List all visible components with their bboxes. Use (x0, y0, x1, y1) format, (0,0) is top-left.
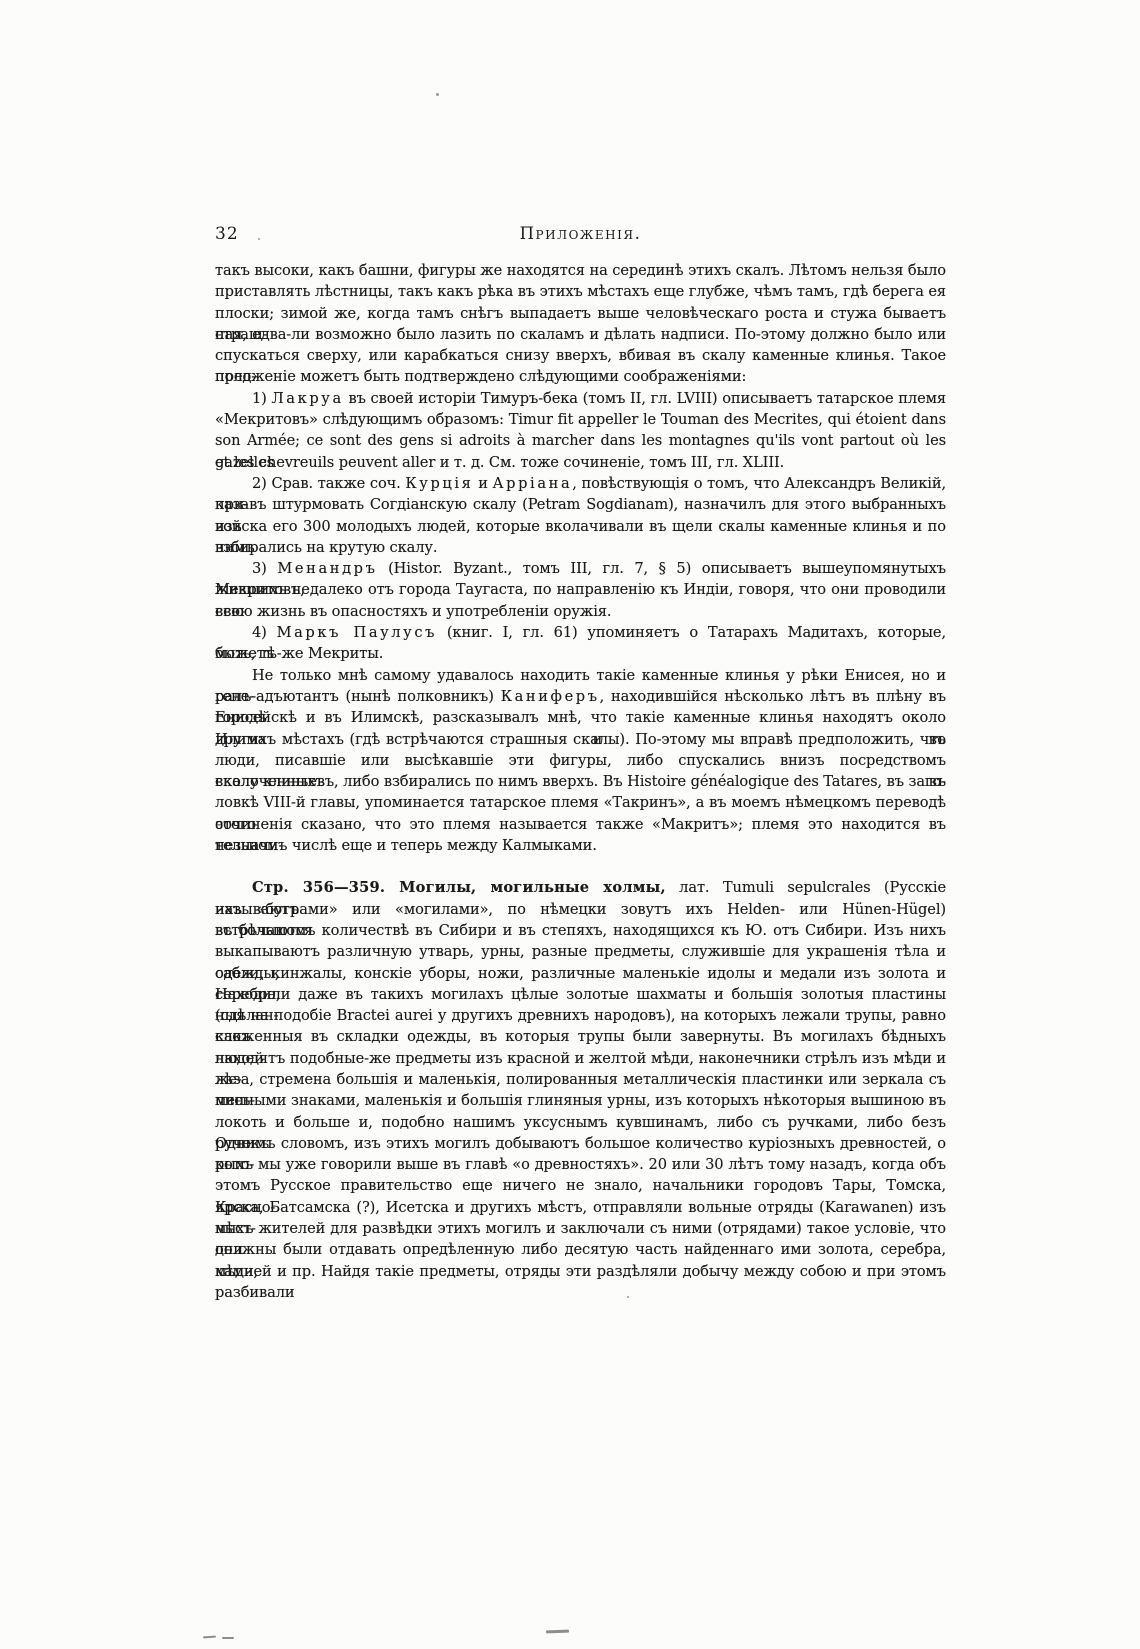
text-line: рыхъ мы уже говорили выше въ главѣ «о др… (215, 1154, 946, 1175)
body-text: такъ высоки, какъ башни, фигуры же наход… (215, 262, 946, 279)
text-line: ныхъ жителей для развѣдки этихъ могилъ и… (215, 1218, 946, 1239)
body-text: быть, тѣ-же Мекриты. (215, 645, 383, 662)
page-number: 32 (215, 224, 239, 244)
body-text: 3) (252, 560, 277, 577)
list-item-4: 4) Маркъ Паулусъ (книг. I, гл. 61) упоми… (215, 622, 946, 665)
text-line: 3) Менандръ (Histor. Byzant., томъ III, … (215, 558, 946, 579)
text-line: сочиненія сказано, что это племя называе… (215, 814, 946, 835)
text-line: этомъ Русское правительство еще ничего н… (215, 1175, 946, 1196)
spaced-name: Курція (405, 475, 473, 492)
body-text: тельномъ числѣ еще и теперь между Калмык… (215, 837, 597, 854)
body-text: положеніе можетъ быть подтверждено слѣду… (215, 368, 746, 385)
text-line: ралъ-адъютантъ (нынѣ полковникъ) Канифер… (215, 686, 946, 707)
text-line: Находили даже въ такихъ могилахъ цѣлые з… (215, 984, 946, 1005)
text-line: приставлять лѣстницы, такъ какъ рѣка въ … (215, 281, 946, 302)
text-line: 4) Маркъ Паулусъ (книг. I, гл. 61) упоми… (215, 622, 946, 643)
text-line: сабли, кинжалы, конскіе уборы, ножи, раз… (215, 963, 946, 984)
text-line: 2) Срав. также соч. Курція и Арріана, по… (215, 473, 946, 494)
scan-mark-dash (222, 1637, 234, 1639)
text-line: такъ высоки, какъ башни, фигуры же наход… (215, 260, 946, 281)
para-tumuli: Стр. 356—359. Могилы, могильные холмы, л… (215, 877, 946, 1282)
para-continuation: такъ высоки, какъ башни, фигуры же наход… (215, 260, 946, 388)
text-line: свою жизнь въ опасностяхъ и употребленіи… (215, 601, 946, 622)
text-line: ярска, Батсамска (?), Исетска и другихъ … (215, 1197, 946, 1218)
text-line: должны были отдавать опредѣленную либо д… (215, 1239, 946, 1260)
text-line: Не только мнѣ самому удавалось находить … (215, 665, 946, 686)
text-line: 1) Лакруа въ своей исторіи Тимуръ-бека (… (215, 388, 946, 409)
body-text: камней и пр. Найдя такіе предметы, отряд… (215, 1263, 946, 1301)
text-line: сложенныя въ складки одежды, въ которыя … (215, 1026, 946, 1047)
text-line: «Мекритовъ» слѣдующимъ образомъ: Timur f… (215, 409, 946, 430)
text-line: Стр. 356—359. Могилы, могильные холмы, л… (215, 877, 946, 898)
body-text: въ большомъ количествѣ въ Сибири и въ ст… (215, 922, 946, 939)
text-line: спускаться сверху, или карабкаться снизу… (215, 345, 946, 366)
text-line: находятъ подобные-же предметы изъ красно… (215, 1048, 946, 1069)
body-text: 1) (252, 390, 272, 407)
text-line: войска его 300 молодыхъ людей, которые в… (215, 516, 946, 537)
text-line: казавъ штурмовать Согдіанскую скалу (Pet… (215, 494, 946, 515)
text-line: локоть и больше и, подобно нашимъ уксусн… (215, 1112, 946, 1133)
body-text: свою жизнь въ опасностяхъ и употребленіи… (215, 603, 611, 620)
list-item-3: 3) Менандръ (Histor. Byzant., томъ III, … (215, 558, 946, 622)
page-header: 32 Приложенія. (215, 224, 946, 248)
body-text: 4) (252, 624, 277, 641)
text-line: ихъ «буграми» или «могилами», по нѣмецки… (215, 899, 946, 920)
text-line: быть, тѣ-же Мекриты. (215, 643, 946, 664)
body-text: ралъ-адъютантъ (нынѣ полковникъ) (215, 688, 501, 705)
scanned-page: 32 Приложенія. такъ высоки, какъ башни, … (0, 0, 1140, 1649)
text-line: выкапываютъ различную утварь, урны, разн… (215, 941, 946, 962)
text-line: взбирались на крутую скалу. (215, 537, 946, 558)
body-text: другихъ мѣстахъ (гдѣ встрѣчаются страшны… (215, 731, 946, 748)
spaced-name: Менандръ (277, 560, 377, 577)
list-item-2: 2) Срав. также соч. Курція и Арріана, по… (215, 473, 946, 558)
running-header: Приложенія. (215, 224, 946, 243)
text-line: менными знаками, маленькія и большія гли… (215, 1090, 946, 1111)
text-line: Однимъ словомъ, изъ этихъ могилъ добываю… (215, 1133, 946, 1154)
text-line: son Armée; ce sont des gens si adroits à… (215, 430, 946, 451)
text-line: скалу клиньевъ, либо взбирались по нимъ … (215, 771, 946, 792)
body-text: и (474, 475, 493, 492)
body-text: взбирались на крутую скалу. (215, 539, 437, 556)
scan-mark-dash (203, 1636, 216, 1639)
text-line: ловкѣ VIII-й главы, упоминается татарско… (215, 792, 946, 813)
body-text: 2) Срав. также соч. (252, 475, 405, 492)
text-line: тельномъ числѣ еще и теперь между Калмык… (215, 835, 946, 856)
scan-speck (258, 238, 260, 240)
text-line: ная, едва-ли возможно было лазить по ска… (215, 324, 946, 345)
spaced-name: Арріана (493, 475, 573, 492)
text-line: et les chevreuils peuvent aller и т. д. … (215, 452, 946, 473)
text-line: люди, писавшіе или высѣкавшіе эти фигуры… (215, 750, 946, 771)
body-text: ная, едва-ли возможно было лазить по ска… (215, 326, 946, 343)
scan-speck (436, 93, 439, 96)
body-text: менными знаками, маленькія и большія гли… (215, 1092, 946, 1109)
body-text: «Мекритовъ» слѣдующимъ образомъ: Timur f… (215, 411, 946, 428)
spaced-name: Маркъ Паулусъ (277, 624, 437, 641)
text-line: другихъ мѣстахъ (гдѣ встрѣчаются страшны… (215, 729, 946, 750)
scan-mark-dash (546, 1630, 569, 1633)
text-line: лѣза, стремена большія и маленькія, поли… (215, 1069, 946, 1090)
text-line: плоски; зимой же, когда тамъ снѣгъ выпад… (215, 303, 946, 324)
text-line: Енисейскѣ и въ Илимскѣ, разсказывалъ мнѣ… (215, 707, 946, 728)
document-body: такъ высоки, какъ башни, фигуры же наход… (215, 260, 946, 1282)
text-line: жившихъ недалеко отъ города Таугаста, по… (215, 579, 946, 600)
list-item-1: 1) Лакруа въ своей исторіи Тимуръ-бека (… (215, 388, 946, 473)
text-line: въ большомъ количествѣ въ Сибири и въ ст… (215, 920, 946, 941)
body-text: въ своей исторіи Тимуръ-бека (томъ II, г… (344, 390, 946, 407)
body-text: приставлять лѣстницы, такъ какъ рѣка въ … (215, 283, 946, 300)
scan-speck (627, 1296, 629, 1298)
body-text: рыхъ мы уже говорили выше въ главѣ «о др… (215, 1156, 946, 1173)
para-wedges: Не только мнѣ самому удавалось находить … (215, 665, 946, 857)
spaced-name: Лакруа (272, 390, 344, 407)
text-line: камней и пр. Найдя такіе предметы, отряд… (215, 1261, 946, 1282)
bold-text: Стр. 356—359. Могилы, могильные холмы, (252, 879, 666, 896)
text-line: положеніе можетъ быть подтверждено слѣду… (215, 366, 946, 387)
body-text: et les chevreuils peuvent aller и т. д. … (215, 454, 784, 471)
spaced-name: Каниферъ (501, 688, 600, 705)
body-text: скалу клиньевъ, либо взбирались по нимъ … (215, 773, 946, 790)
text-line: ныя на подобіе Bractei aurei у другихъ д… (215, 1005, 946, 1026)
